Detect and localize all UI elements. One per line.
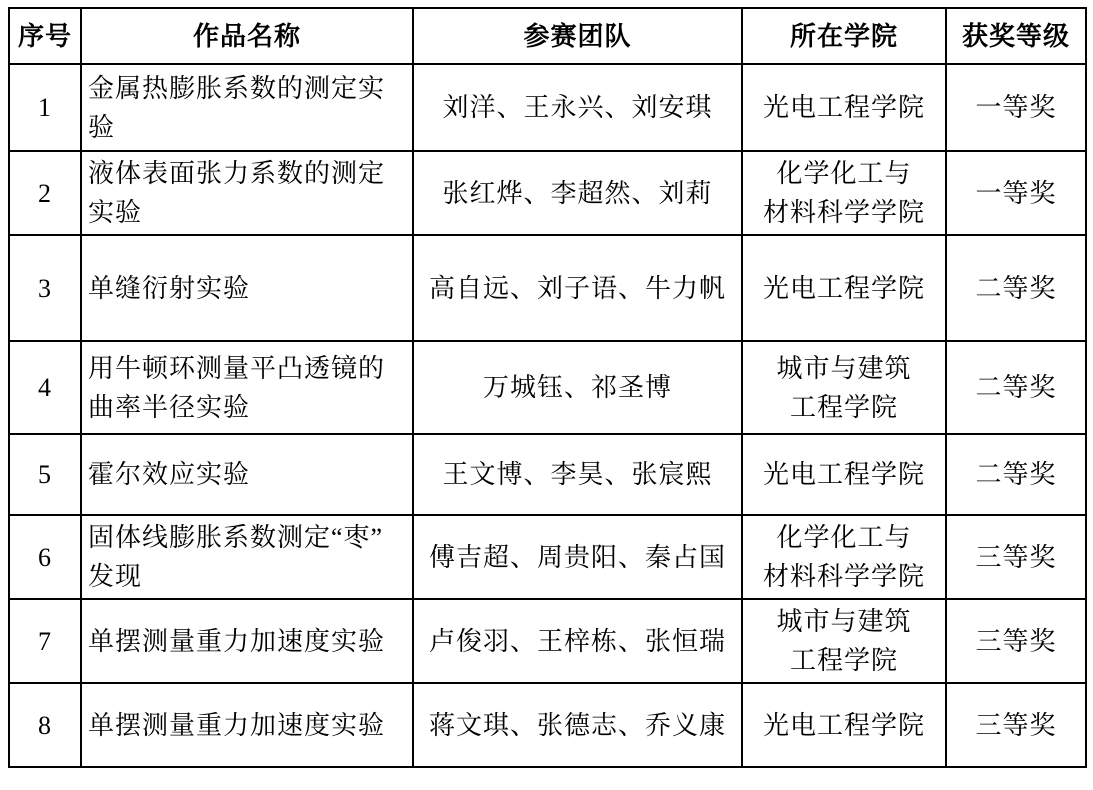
award-cell: 三等奖 bbox=[946, 683, 1086, 767]
college-cell: 光电工程学院 bbox=[742, 434, 946, 515]
row-number: 5 bbox=[9, 434, 81, 515]
header-row: 序号 作品名称 参赛团队 所在学院 获奖等级 bbox=[9, 8, 1086, 64]
row-number: 8 bbox=[9, 683, 81, 767]
team-cell: 卢俊羽、王梓栋、张恒瑞 bbox=[413, 599, 742, 683]
row-number: 3 bbox=[9, 235, 81, 341]
award-cell: 三等奖 bbox=[946, 599, 1086, 683]
award-cell: 一等奖 bbox=[946, 151, 1086, 235]
award-cell: 一等奖 bbox=[946, 64, 1086, 151]
row-number: 6 bbox=[9, 515, 81, 599]
award-cell: 二等奖 bbox=[946, 341, 1086, 434]
college-cell: 化学化工与 材料科学学院 bbox=[742, 151, 946, 235]
table-row: 3 单缝衍射实验 高自远、刘子语、牛力帆 光电工程学院 二等奖 bbox=[9, 235, 1086, 341]
row-number: 2 bbox=[9, 151, 81, 235]
college-cell: 光电工程学院 bbox=[742, 235, 946, 341]
award-cell: 二等奖 bbox=[946, 434, 1086, 515]
work-name-cell: 液体表面张力系数的测定 实验 bbox=[81, 151, 413, 235]
table-row: 4 用牛顿环测量平凸透镜的 曲率半径实验 万城钰、祁圣博 城市与建筑 工程学院 … bbox=[9, 341, 1086, 434]
team-cell: 高自远、刘子语、牛力帆 bbox=[413, 235, 742, 341]
table-row: 8 单摆测量重力加速度实验 蒋文琪、张德志、乔义康 光电工程学院 三等奖 bbox=[9, 683, 1086, 767]
college-cell: 城市与建筑 工程学院 bbox=[742, 599, 946, 683]
work-name-cell: 用牛顿环测量平凸透镜的 曲率半径实验 bbox=[81, 341, 413, 434]
row-number: 1 bbox=[9, 64, 81, 151]
row-number: 4 bbox=[9, 341, 81, 434]
college-cell: 光电工程学院 bbox=[742, 683, 946, 767]
row-number: 7 bbox=[9, 599, 81, 683]
awards-table: 序号 作品名称 参赛团队 所在学院 获奖等级 1 金属热膨胀系数的测定实 验 刘… bbox=[8, 7, 1087, 768]
award-cell: 二等奖 bbox=[946, 235, 1086, 341]
work-name-cell: 单缝衍射实验 bbox=[81, 235, 413, 341]
team-cell: 万城钰、祁圣博 bbox=[413, 341, 742, 434]
college-cell: 光电工程学院 bbox=[742, 64, 946, 151]
team-cell: 傅吉超、周贵阳、秦占国 bbox=[413, 515, 742, 599]
header-award-level: 获奖等级 bbox=[946, 8, 1086, 64]
table-row: 6 固体线膨胀系数测定“枣” 发现 傅吉超、周贵阳、秦占国 化学化工与 材料科学… bbox=[9, 515, 1086, 599]
header-college: 所在学院 bbox=[742, 8, 946, 64]
award-cell: 三等奖 bbox=[946, 515, 1086, 599]
work-name-cell: 固体线膨胀系数测定“枣” 发现 bbox=[81, 515, 413, 599]
table-row: 7 单摆测量重力加速度实验 卢俊羽、王梓栋、张恒瑞 城市与建筑 工程学院 三等奖 bbox=[9, 599, 1086, 683]
team-cell: 刘洋、王永兴、刘安琪 bbox=[413, 64, 742, 151]
team-cell: 张红烨、李超然、刘莉 bbox=[413, 151, 742, 235]
header-no: 序号 bbox=[9, 8, 81, 64]
team-cell: 蒋文琪、张德志、乔义康 bbox=[413, 683, 742, 767]
header-team: 参赛团队 bbox=[413, 8, 742, 64]
table-row: 5 霍尔效应实验 王文博、李昊、张宸熙 光电工程学院 二等奖 bbox=[9, 434, 1086, 515]
table-row: 2 液体表面张力系数的测定 实验 张红烨、李超然、刘莉 化学化工与 材料科学学院… bbox=[9, 151, 1086, 235]
work-name-cell: 金属热膨胀系数的测定实 验 bbox=[81, 64, 413, 151]
table-row: 1 金属热膨胀系数的测定实 验 刘洋、王永兴、刘安琪 光电工程学院 一等奖 bbox=[9, 64, 1086, 151]
header-work-name: 作品名称 bbox=[81, 8, 413, 64]
document-page: 序号 作品名称 参赛团队 所在学院 获奖等级 1 金属热膨胀系数的测定实 验 刘… bbox=[0, 0, 1093, 790]
work-name-cell: 单摆测量重力加速度实验 bbox=[81, 599, 413, 683]
work-name-cell: 霍尔效应实验 bbox=[81, 434, 413, 515]
college-cell: 化学化工与 材料科学学院 bbox=[742, 515, 946, 599]
college-cell: 城市与建筑 工程学院 bbox=[742, 341, 946, 434]
work-name-cell: 单摆测量重力加速度实验 bbox=[81, 683, 413, 767]
team-cell: 王文博、李昊、张宸熙 bbox=[413, 434, 742, 515]
